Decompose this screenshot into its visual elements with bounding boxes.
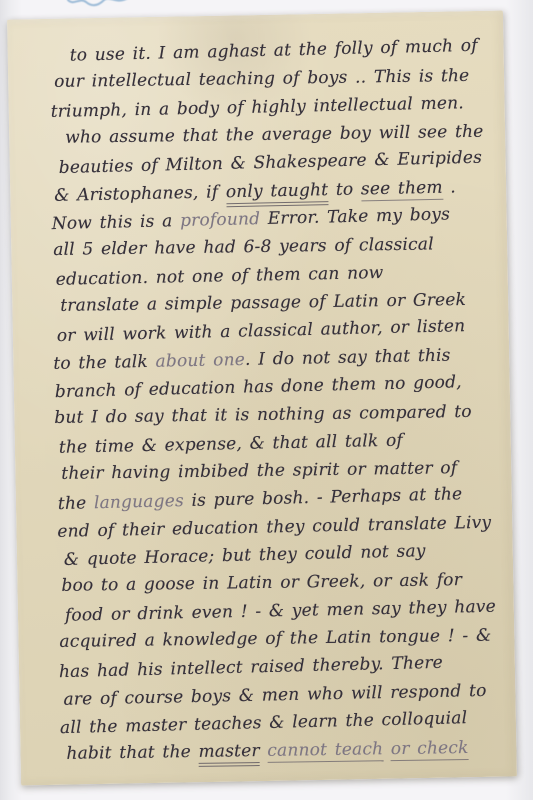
manuscript-word-segment: Error. Take my boys [260, 204, 450, 229]
manuscript-word-segment: about one [155, 350, 245, 372]
manuscript-word-segment: see them [361, 178, 443, 202]
manuscript-word-segment: to the talk [53, 352, 156, 374]
manuscript-word-segment: master [198, 741, 260, 767]
manuscript-word-segment: the [58, 493, 95, 514]
manuscript-word-segment: translate a simple passage of Latin or G… [60, 290, 466, 316]
manuscript-word-segment: education. not one of them can now [56, 263, 384, 290]
blue-ink-mark [66, 0, 130, 12]
manuscript-word-segment: cannot teach [267, 739, 383, 763]
manuscript-word-segment: their having imbibed the spirit or matte… [61, 458, 457, 484]
manuscript-text: to use it. I am aghast at the folly of m… [7, 11, 517, 770]
manuscript-word-segment: our intellectual teaching of boys .. Thi… [54, 66, 469, 92]
manuscript-word-segment: branch of education has done them no goo… [55, 372, 462, 402]
manuscript-word-segment: & Aristophanes, if [54, 182, 226, 206]
manuscript-word-segment: is pure bosh. - Perhaps at the [184, 484, 463, 511]
manuscript-word-segment: habit that the [66, 742, 198, 764]
manuscript-word-segment: has had his intellect raised thereby. Th… [59, 653, 443, 682]
manuscript-word-segment: . I do not say that this [245, 346, 451, 370]
manuscript-word-segment: acquired a knowledge of the Latin tongue… [59, 626, 491, 652]
manuscript-word-segment: all the master teaches & learn the collo… [60, 708, 468, 738]
manuscript-word-segment: to [328, 179, 361, 200]
manuscript-word-segment: & quote Horace; but they could not say [64, 541, 426, 570]
manuscript-word-segment: but I do say that it is nothing as compa… [54, 402, 472, 428]
manuscript-word-segment: Now this is a [52, 211, 181, 234]
manuscript-line: habit that the master cannot teach or ch… [60, 733, 504, 767]
manuscript-word-segment [260, 741, 268, 761]
scan-background: to use it. I am aghast at the folly of m… [0, 0, 533, 800]
manuscript-word-segment: languages [94, 491, 184, 513]
manuscript-word-segment: food or drink even ! - & yet men say the… [65, 597, 496, 626]
manuscript-word-segment: the time & expense, & that all talk of [59, 431, 403, 458]
manuscript-word-segment: boo to a goose in Latin or Greek, or ask… [61, 570, 462, 596]
manuscript-word-segment: . [442, 177, 456, 197]
manuscript-word-segment: triumph, in a body of highly intellectua… [51, 93, 465, 122]
manuscript-word-segment: who assume that the average boy will see… [65, 122, 484, 148]
manuscript-page: to use it. I am aghast at the folly of m… [7, 11, 517, 786]
manuscript-word-segment: profound [180, 209, 261, 231]
manuscript-word-segment: all 5 elder have had 6-8 years of classi… [53, 234, 434, 260]
manuscript-word-segment: to use it. I am aghast at the folly of m… [69, 36, 478, 66]
manuscript-word-segment: or check [391, 738, 469, 761]
